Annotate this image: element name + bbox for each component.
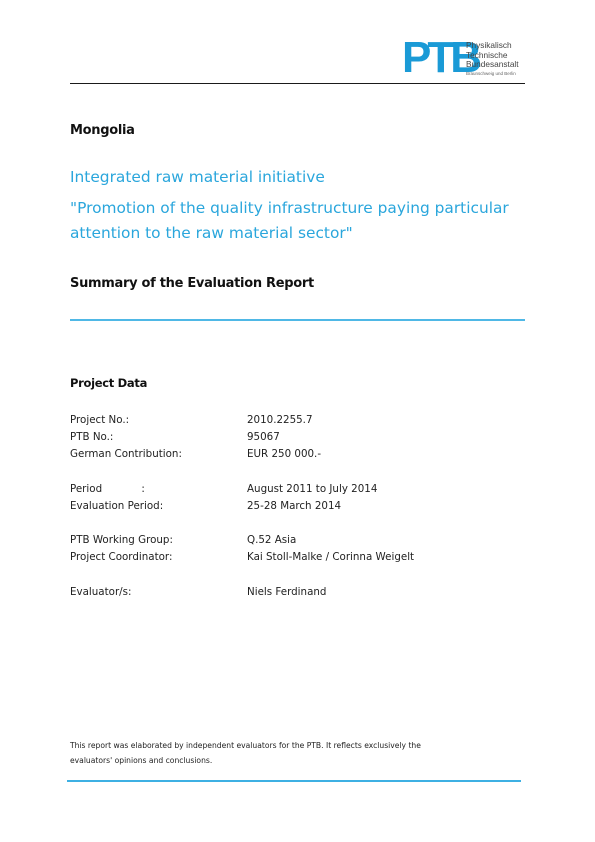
data-label: Project Coordinator: xyxy=(70,549,172,566)
data-value: Q.52 Asia xyxy=(247,532,296,549)
section-divider xyxy=(70,319,525,321)
disclaimer: This report was elaborated by independen… xyxy=(70,738,510,768)
data-label: Period : xyxy=(70,481,145,498)
data-value: 25-28 March 2014 xyxy=(247,498,341,515)
data-label: Evaluator/s: xyxy=(70,584,131,601)
data-label: PTB No.: xyxy=(70,429,113,446)
data-label: Evaluation Period: xyxy=(70,498,163,515)
data-value: 2010.2255.7 xyxy=(247,412,313,429)
project-title: "Promotion of the quality infrastructure… xyxy=(70,196,530,246)
data-label: PTB Working Group: xyxy=(70,532,173,549)
disclaimer-line-1: This report was elaborated by independen… xyxy=(70,738,510,753)
data-value: EUR 250 000.- xyxy=(247,446,321,463)
footer-divider xyxy=(67,780,521,782)
header-divider xyxy=(70,83,525,84)
disclaimer-line-2: evaluators' opinions and conclusions. xyxy=(70,753,510,768)
ptb-logo-text: Physikalisch Technische Bundesanstalt Br… xyxy=(466,41,519,77)
project-data-heading: Project Data xyxy=(70,376,147,390)
data-value: Niels Ferdinand xyxy=(247,584,326,601)
logo-subline: Braunschweig und Berlin xyxy=(466,70,519,77)
program-title: Integrated raw material initiative xyxy=(70,165,530,190)
summary-heading: Summary of the Evaluation Report xyxy=(70,276,314,291)
logo-line-3: Bundesanstalt xyxy=(466,60,519,70)
data-value: August 2011 to July 2014 xyxy=(247,481,377,498)
data-value: 95067 xyxy=(247,429,280,446)
country-heading: Mongolia xyxy=(70,123,135,138)
data-label: Project No.: xyxy=(70,412,129,429)
data-value: Kai Stoll-Malke / Corinna Weigelt xyxy=(247,549,414,566)
ptb-logo: PTB Physikalisch Technische Bundesanstal… xyxy=(402,38,527,78)
data-label: German Contribution: xyxy=(70,446,182,463)
